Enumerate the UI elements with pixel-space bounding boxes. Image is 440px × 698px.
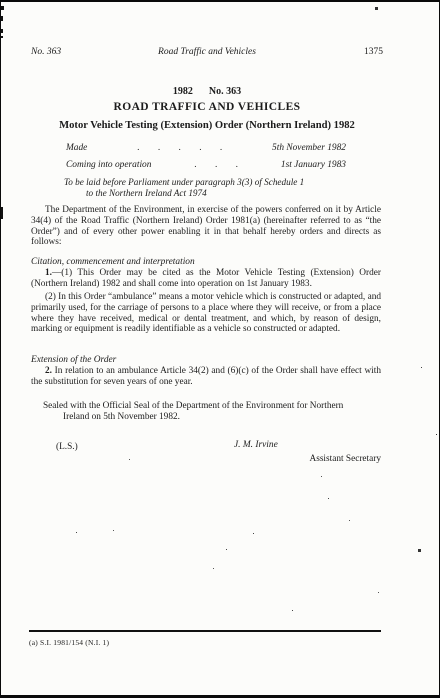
- section-heading-extension: Extension of the Order: [31, 355, 381, 365]
- made-date: 5th November 1982: [272, 143, 346, 153]
- coming-into-operation-date: 1st January 1983: [281, 160, 346, 170]
- signatory-title: Assistant Secretary: [31, 454, 381, 464]
- masthead-number: No. 363: [209, 86, 241, 97]
- running-header: Road Traffic and Vehicles No. 363 1375: [31, 47, 383, 57]
- masthead-year-number: 1982No. 363: [31, 86, 383, 97]
- article-1-paragraph-1: 1.—(1) This Order may be cited as the Mo…: [31, 268, 381, 290]
- article-1-paragraph-1-text: —(1) This Order may be cited as the Moto…: [31, 268, 381, 289]
- made-date-row: Made . . . . . 5th November 1982: [66, 143, 346, 153]
- coming-into-operation-row: Coming into operation . . . 1st January …: [66, 160, 346, 170]
- section-heading-citation: Citation, commencement and interpretatio…: [31, 257, 381, 267]
- running-header-page-number: 1375: [364, 47, 383, 57]
- article-2-paragraph-text: In relation to an ambulance Article 34(2…: [31, 366, 381, 387]
- scan-noise-speckles: [1, 2, 2, 3]
- made-label: Made: [66, 143, 87, 153]
- category-heading: ROAD TRAFFIC AND VEHICLES: [31, 101, 383, 113]
- footnote-reference: (a) S.I. 1981/154 (N.I. 1): [29, 638, 381, 647]
- scan-edge-marks: [1, 2, 4, 695]
- masthead-year: 1982: [173, 86, 193, 97]
- locus-sigilli-mark: (L.S.): [56, 442, 78, 452]
- laid-note-line1: To be laid before Parliament under parag…: [64, 177, 364, 188]
- sealing-clause-line2: Ireland on 5th November 1982.: [63, 412, 383, 423]
- sealing-clause-line1: Sealed with the Official Seal of the Dep…: [43, 401, 383, 412]
- article-1-number: 1.: [45, 268, 52, 278]
- coming-dot-leader: . . .: [151, 160, 280, 170]
- running-header-rule-number: No. 363: [31, 47, 61, 57]
- laid-before-parliament-note: To be laid before Parliament under parag…: [64, 177, 364, 198]
- article-2-paragraph: 2. In relation to an ambulance Article 3…: [31, 366, 381, 388]
- running-header-title: Road Traffic and Vehicles: [31, 47, 383, 57]
- document-page: Road Traffic and Vehicles No. 363 1375 1…: [0, 0, 440, 698]
- order-title: Motor Vehicle Testing (Extension) Order …: [31, 120, 383, 131]
- preamble-paragraph: The Department of the Environment, in ex…: [31, 205, 381, 248]
- sealing-clause: Sealed with the Official Seal of the Dep…: [43, 401, 383, 423]
- article-1-paragraph-2: (2) In this Order “ambulance” means a mo…: [31, 292, 381, 335]
- footnote-rule: [29, 630, 381, 632]
- laid-note-line2: to the Northern Ireland Act 1974: [86, 188, 364, 199]
- coming-into-operation-label: Coming into operation: [66, 160, 151, 170]
- article-2-number: 2.: [45, 366, 52, 376]
- signatory-name: J. M. Irvine: [234, 440, 278, 450]
- made-dot-leader: . . . . .: [87, 143, 272, 153]
